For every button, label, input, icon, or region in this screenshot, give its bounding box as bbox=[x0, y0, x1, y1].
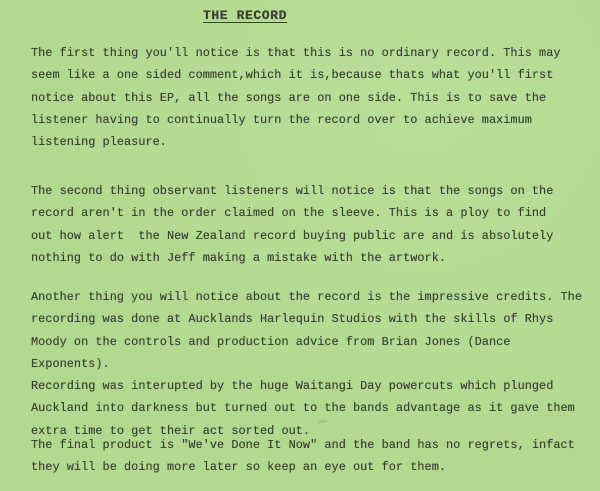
paragraph-final-product: The final product is "We've Done It Now"… bbox=[31, 434, 596, 479]
paragraph-one-sided-record: The first thing you'll notice is that th… bbox=[31, 42, 596, 153]
scanned-document-page: THE RECORD The first thing you'll notice… bbox=[0, 0, 600, 491]
document-title: THE RECORD bbox=[203, 8, 287, 23]
paragraph-song-order: The second thing observant listeners wil… bbox=[31, 180, 596, 269]
paragraph-recording-credits: Another thing you will notice about the … bbox=[31, 286, 596, 442]
